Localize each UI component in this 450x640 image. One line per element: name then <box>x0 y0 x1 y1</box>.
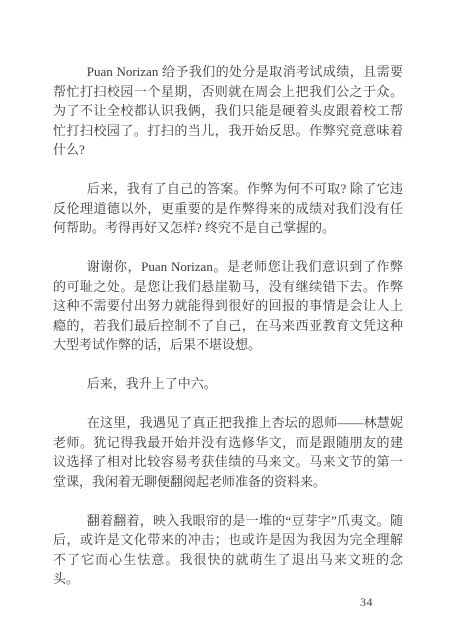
paragraph-5: 在这里，我遇见了真正把我推上杏坛的恩师——林慧妮老师。犹记得我最开始并没有选修华… <box>53 413 403 491</box>
page-body-text: Puan Norizan 给予我们的处分是取消考试成绩，且需要帮忙打扫校园一个星… <box>53 62 403 608</box>
paragraph-1: Puan Norizan 给予我们的处分是取消考试成绩，且需要帮忙打扫校园一个星… <box>53 62 403 160</box>
paragraph-2: 后来，我有了自己的答案。作弊为何不可取? 除了它违反伦理道德以外，更重要的是作弊… <box>53 179 403 238</box>
paragraph-6: 翻着翻着，映入我眼帘的是一堆的“豆芽字”爪夷文。随后，或许是文化带来的冲击；也或… <box>53 511 403 589</box>
document-page: Puan Norizan 给予我们的处分是取消考试成绩，且需要帮忙打扫校园一个星… <box>0 0 450 640</box>
paragraph-3: 谢谢你，Puan Norizan。是老师您让我们意识到了作弊的可耻之处。是您让我… <box>53 257 403 355</box>
page-number: 34 <box>360 595 373 610</box>
paragraph-4: 后来，我升上了中六。 <box>53 374 403 394</box>
